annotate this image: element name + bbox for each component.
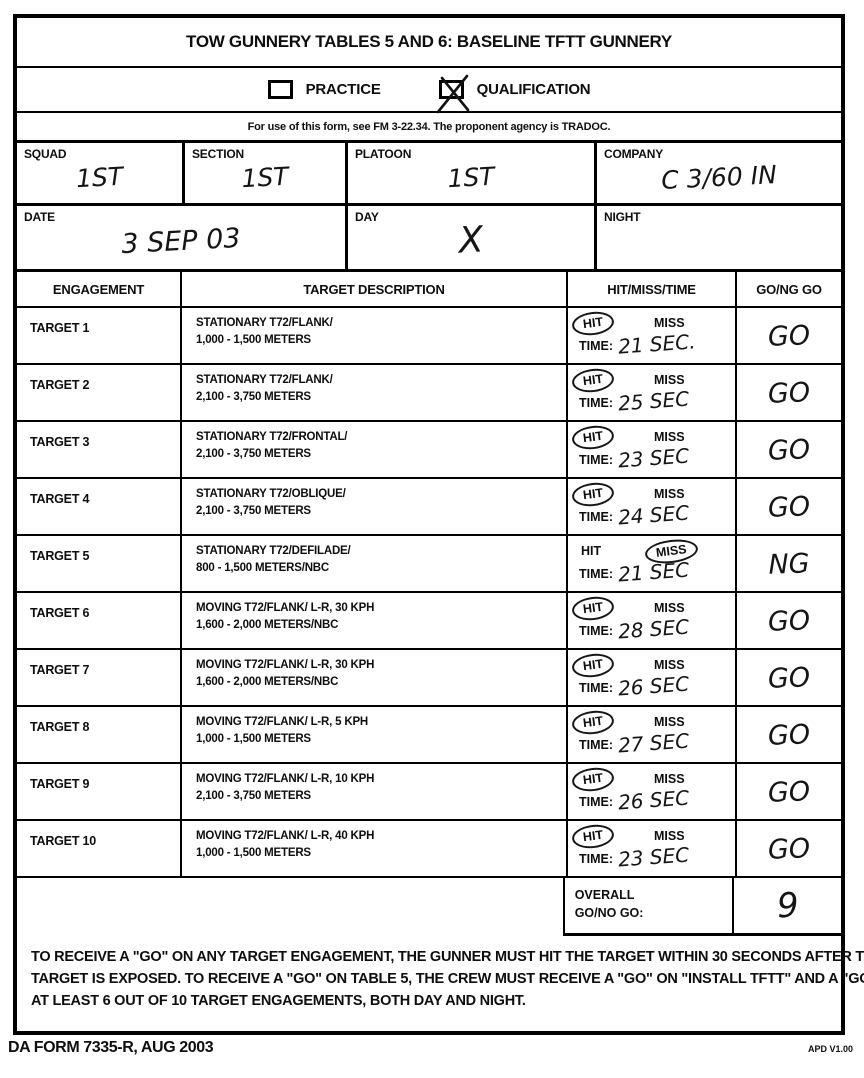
go-nogo-cell[interactable]: GO <box>737 650 841 705</box>
qualification-check-mark <box>434 70 474 116</box>
usage-note: For use of this form, see FM 3-22.34. Th… <box>248 121 611 133</box>
go-value: GO <box>736 718 841 753</box>
time-label: TIME: <box>579 510 613 524</box>
target-description-cell: MOVING T72/FLANK/ L-R, 30 KPH 1,600 - 2,… <box>182 593 568 648</box>
da-form-7335r: TOW GUNNERY TABLES 5 AND 6: BASELINE TFT… <box>13 14 845 1035</box>
engagement-cell: TARGET 4 <box>17 479 182 534</box>
hit-miss-time-cell[interactable]: HIT MISS TIME: 26 SEC <box>568 764 737 819</box>
engagement-label: TARGET 4 <box>30 492 89 506</box>
practice-option: PRACTICE <box>268 80 381 99</box>
hit-label: HIT <box>571 709 616 737</box>
table-row: TARGET 10 MOVING T72/FLANK/ L-R, 40 KPH … <box>17 821 841 878</box>
hit-label: HIT <box>581 544 601 558</box>
table-row: TARGET 7 MOVING T72/FLANK/ L-R, 30 KPH 1… <box>17 650 841 707</box>
overall-value: 9 <box>775 885 799 926</box>
hit-label: HIT <box>571 367 616 395</box>
section-field[interactable]: SECTION 1ST <box>185 143 348 203</box>
footer-note-line: AT LEAST 6 OUT OF 10 TARGET ENGAGEMENTS,… <box>31 991 827 1013</box>
time-value: 28 SEC <box>617 615 690 644</box>
miss-label: MISS <box>654 601 685 615</box>
engagement-cell: TARGET 5 <box>17 536 182 591</box>
engagement-cell: TARGET 6 <box>17 593 182 648</box>
time-label: TIME: <box>579 339 613 353</box>
hit-miss-time-cell[interactable]: HIT MISS TIME: 25 SEC <box>568 365 737 420</box>
target-rows: TARGET 1 STATIONARY T72/FLANK/ 1,000 - 1… <box>17 308 841 878</box>
hit-miss-time-cell[interactable]: HIT MISS TIME: 24 SEC <box>568 479 737 534</box>
miss-label: MISS <box>654 658 685 672</box>
platoon-field[interactable]: PLATOON 1ST <box>348 143 597 203</box>
table-row: TARGET 8 MOVING T72/FLANK/ L-R, 5 KPH 1,… <box>17 707 841 764</box>
miss-label: MISS <box>654 487 685 501</box>
time-label: TIME: <box>579 396 613 410</box>
date-value: 3 SEP 03 <box>16 217 345 265</box>
engagement-label: TARGET 2 <box>30 378 89 392</box>
go-value: GO <box>736 604 841 639</box>
time-label: TIME: <box>579 852 613 866</box>
go-nogo-cell[interactable]: NG <box>737 536 841 591</box>
hit-label: HIT <box>571 823 616 851</box>
section-label: SECTION <box>192 147 244 161</box>
description-line2: 2,100 - 3,750 METERS <box>196 788 566 805</box>
description-line1: STATIONARY T72/FLANK/ <box>196 315 566 332</box>
miss-label: MISS <box>654 316 685 330</box>
target-description-cell: STATIONARY T72/DEFILADE/ 800 - 1,500 MET… <box>182 536 568 591</box>
go-nogo-cell[interactable]: GO <box>737 308 841 363</box>
hit-miss-time-cell[interactable]: HIT MISS TIME: 21 SEC. <box>568 308 737 363</box>
description-line1: MOVING T72/FLANK/ L-R, 5 KPH <box>196 714 566 731</box>
version-stamp: APD V1.00 <box>808 1044 853 1054</box>
overall-spacer <box>17 878 563 936</box>
engagement-label: TARGET 5 <box>30 549 89 563</box>
time-value: 25 SEC <box>617 387 690 416</box>
section-value: 1ST <box>184 159 345 196</box>
go-value: GO <box>736 775 841 810</box>
hit-label: HIT <box>571 481 616 509</box>
overall-value-cell[interactable]: 9 <box>734 878 841 933</box>
table-row: TARGET 2 STATIONARY T72/FLANK/ 2,100 - 3… <box>17 365 841 422</box>
footer-note: TO RECEIVE A "GO" ON ANY TARGET ENGAGEME… <box>17 936 841 1031</box>
hit-miss-time-cell[interactable]: HIT MISS TIME: 23 SEC <box>568 821 737 876</box>
description-line2: 1,000 - 1,500 METERS <box>196 332 566 349</box>
time-value: 21 SEC. <box>617 329 696 358</box>
go-nogo-cell[interactable]: GO <box>737 422 841 477</box>
table-row: TARGET 9 MOVING T72/FLANK/ L-R, 10 KPH 2… <box>17 764 841 821</box>
practice-checkbox[interactable] <box>268 80 293 99</box>
description-line2: 2,100 - 3,750 METERS <box>196 389 566 406</box>
hit-miss-time-cell[interactable]: HIT MISS TIME: 27 SEC <box>568 707 737 762</box>
target-description-cell: STATIONARY T72/FLANK/ 1,000 - 1,500 METE… <box>182 308 568 363</box>
mode-row: PRACTICE QUALIFICATION <box>17 68 841 113</box>
go-nogo-cell[interactable]: GO <box>737 707 841 762</box>
overall-box: OVERALL GO/NO GO: 9 <box>563 878 841 936</box>
engagement-label: TARGET 3 <box>30 435 89 449</box>
date-row: DATE 3 SEP 03 DAY X NIGHT <box>17 206 841 272</box>
hit-label: HIT <box>571 595 616 623</box>
target-description-cell: STATIONARY T72/OBLIQUE/ 2,100 - 3,750 ME… <box>182 479 568 534</box>
engagement-cell: TARGET 1 <box>17 308 182 363</box>
engagement-label: TARGET 7 <box>30 663 89 677</box>
overall-label: OVERALL GO/NO GO: <box>565 878 734 933</box>
description-line2: 1,000 - 1,500 METERS <box>196 845 566 862</box>
miss-label: MISS <box>654 829 685 843</box>
time-value: 21 SEC <box>617 558 690 587</box>
squad-value: 1ST <box>16 159 182 197</box>
hit-label: HIT <box>571 424 616 452</box>
hit-miss-time-cell[interactable]: HIT MISS TIME: 26 SEC <box>568 650 737 705</box>
squad-label: SQUAD <box>24 147 66 161</box>
description-line1: MOVING T72/FLANK/ L-R, 10 KPH <box>196 771 566 788</box>
time-label: TIME: <box>579 453 613 467</box>
go-value: GO <box>736 319 841 354</box>
day-field[interactable]: DAY X <box>348 206 597 269</box>
miss-label: MISS <box>654 430 685 444</box>
description-line2: 1,600 - 2,000 METERS/NBC <box>196 674 566 691</box>
night-label: NIGHT <box>604 210 640 224</box>
header-hit-miss-time: HIT/MISS/TIME <box>568 272 737 306</box>
qualification-checkbox[interactable] <box>439 80 464 99</box>
time-label: TIME: <box>579 681 613 695</box>
usage-note-row: For use of this form, see FM 3-22.34. Th… <box>17 113 841 143</box>
target-description-cell: STATIONARY T72/FRONTAL/ 2,100 - 3,750 ME… <box>182 422 568 477</box>
practice-label: PRACTICE <box>306 81 381 98</box>
target-description-cell: MOVING T72/FLANK/ L-R, 10 KPH 2,100 - 3,… <box>182 764 568 819</box>
description-line1: MOVING T72/FLANK/ L-R, 40 KPH <box>196 828 566 845</box>
date-label: DATE <box>24 210 55 224</box>
go-value: GO <box>736 433 841 468</box>
engagement-label: TARGET 8 <box>30 720 89 734</box>
hit-miss-time-cell[interactable]: HIT MISS TIME: 28 SEC <box>568 593 737 648</box>
time-value: 24 SEC <box>617 501 690 530</box>
overall-row: OVERALL GO/NO GO: 9 <box>17 878 841 936</box>
scanned-form-page: TOW GUNNERY TABLES 5 AND 6: BASELINE TFT… <box>0 0 864 1078</box>
target-description-cell: MOVING T72/FLANK/ L-R, 5 KPH 1,000 - 1,5… <box>182 707 568 762</box>
engagement-label: TARGET 9 <box>30 777 89 791</box>
description-line1: STATIONARY T72/OBLIQUE/ <box>196 486 566 503</box>
form-number: DA FORM 7335-R, AUG 2003 <box>8 1039 213 1057</box>
description-line1: MOVING T72/FLANK/ L-R, 30 KPH <box>196 600 566 617</box>
description-line1: STATIONARY T72/FLANK/ <box>196 372 566 389</box>
hit-label: HIT <box>571 310 616 338</box>
header-engagement: ENGAGEMENT <box>17 272 182 306</box>
description-line2: 2,100 - 3,750 METERS <box>196 446 566 463</box>
night-field[interactable]: NIGHT <box>597 206 841 269</box>
description-line2: 1,000 - 1,500 METERS <box>196 731 566 748</box>
hit-label: HIT <box>571 652 616 680</box>
table-row: TARGET 6 MOVING T72/FLANK/ L-R, 30 KPH 1… <box>17 593 841 650</box>
table-header-row: ENGAGEMENT TARGET DESCRIPTION HIT/MISS/T… <box>17 272 841 308</box>
go-value: GO <box>736 661 841 696</box>
squad-field[interactable]: SQUAD 1ST <box>17 143 185 203</box>
hit-label: HIT <box>571 766 616 794</box>
engagement-cell: TARGET 7 <box>17 650 182 705</box>
engagement-cell: TARGET 8 <box>17 707 182 762</box>
time-label: TIME: <box>579 738 613 752</box>
unit-row: SQUAD 1ST SECTION 1ST PLATOON 1ST COMPAN… <box>17 143 841 206</box>
date-field[interactable]: DATE 3 SEP 03 <box>17 206 348 269</box>
go-value: NG <box>736 547 841 582</box>
time-value: 26 SEC <box>617 672 690 701</box>
target-description-cell: MOVING T72/FLANK/ L-R, 30 KPH 1,600 - 2,… <box>182 650 568 705</box>
go-nogo-cell[interactable]: GO <box>737 479 841 534</box>
table-row: TARGET 1 STATIONARY T72/FLANK/ 1,000 - 1… <box>17 308 841 365</box>
time-label: TIME: <box>579 795 613 809</box>
hit-miss-time-cell[interactable]: HIT MISS TIME: 21 SEC <box>568 536 737 591</box>
go-nogo-cell[interactable]: GO <box>737 365 841 420</box>
miss-label: MISS <box>654 373 685 387</box>
description-line1: STATIONARY T72/FRONTAL/ <box>196 429 566 446</box>
time-label: TIME: <box>579 567 613 581</box>
engagement-cell: TARGET 2 <box>17 365 182 420</box>
time-value: 27 SEC <box>617 729 690 758</box>
description-line1: MOVING T72/FLANK/ L-R, 30 KPH <box>196 657 566 674</box>
engagement-label: TARGET 1 <box>30 321 89 335</box>
go-nogo-cell[interactable]: GO <box>737 593 841 648</box>
qualification-label: QUALIFICATION <box>477 81 591 98</box>
company-field[interactable]: COMPANY C 3/60 IN <box>597 143 841 203</box>
footer-note-line: TARGET IS EXPOSED. TO RECEIVE A "GO" ON … <box>31 969 827 991</box>
table-row: TARGET 3 STATIONARY T72/FRONTAL/ 2,100 -… <box>17 422 841 479</box>
time-value: 23 SEC <box>617 843 690 872</box>
company-label: COMPANY <box>604 147 663 161</box>
qualification-option: QUALIFICATION <box>439 80 591 99</box>
table-row: TARGET 4 STATIONARY T72/OBLIQUE/ 2,100 -… <box>17 479 841 536</box>
day-value: X <box>347 214 595 268</box>
go-value: GO <box>736 376 841 411</box>
miss-label: MISS <box>654 772 685 786</box>
miss-label: MISS <box>654 715 685 729</box>
platoon-value: 1ST <box>347 157 594 199</box>
title-row: TOW GUNNERY TABLES 5 AND 6: BASELINE TFT… <box>17 18 841 68</box>
table-row: TARGET 5 STATIONARY T72/DEFILADE/ 800 - … <box>17 536 841 593</box>
engagement-label: TARGET 6 <box>30 606 89 620</box>
engagement-cell: TARGET 3 <box>17 422 182 477</box>
time-label: TIME: <box>579 624 613 638</box>
company-value: C 3/60 IN <box>596 157 841 199</box>
go-value: GO <box>736 832 841 867</box>
platoon-label: PLATOON <box>355 147 411 161</box>
hit-miss-time-cell[interactable]: HIT MISS TIME: 23 SEC <box>568 422 737 477</box>
target-description-cell: MOVING T72/FLANK/ L-R, 40 KPH 1,000 - 1,… <box>182 821 568 876</box>
header-go-ngo: GO/NG GO <box>737 272 841 306</box>
description-line2: 2,100 - 3,750 METERS <box>196 503 566 520</box>
engagement-cell: TARGET 9 <box>17 764 182 819</box>
time-value: 26 SEC <box>617 786 690 815</box>
footer-note-line: TO RECEIVE A "GO" ON ANY TARGET ENGAGEME… <box>31 947 827 969</box>
form-title: TOW GUNNERY TABLES 5 AND 6: BASELINE TFT… <box>186 32 672 52</box>
day-label: DAY <box>355 210 379 224</box>
header-target-description: TARGET DESCRIPTION <box>182 272 568 306</box>
go-nogo-cell[interactable]: GO <box>737 821 841 876</box>
go-nogo-cell[interactable]: GO <box>737 764 841 819</box>
engagement-cell: TARGET 10 <box>17 821 182 876</box>
time-value: 23 SEC <box>617 444 690 473</box>
description-line2: 800 - 1,500 METERS/NBC <box>196 560 566 577</box>
go-value: GO <box>736 490 841 525</box>
engagement-label: TARGET 10 <box>30 834 96 848</box>
description-line1: STATIONARY T72/DEFILADE/ <box>196 543 566 560</box>
description-line2: 1,600 - 2,000 METERS/NBC <box>196 617 566 634</box>
target-description-cell: STATIONARY T72/FLANK/ 2,100 - 3,750 METE… <box>182 365 568 420</box>
